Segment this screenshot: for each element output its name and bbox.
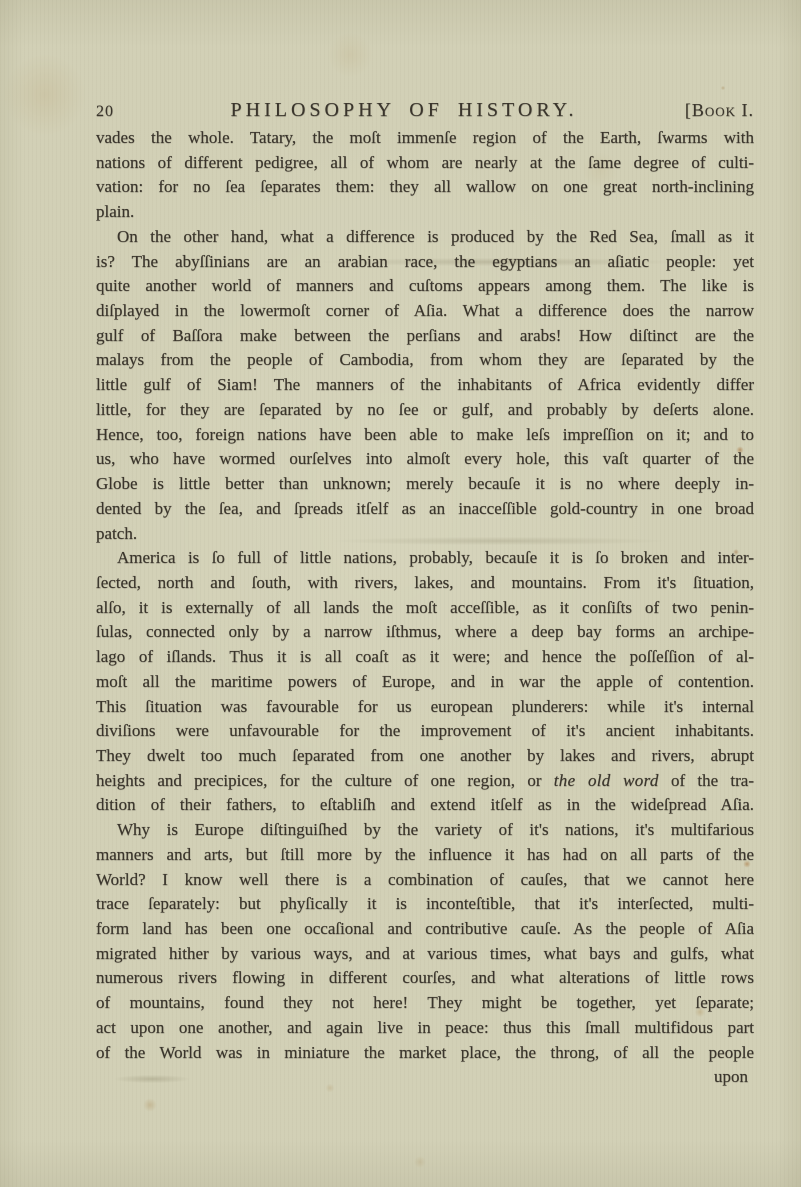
catchword: upon <box>96 1065 754 1090</box>
text-line: little, for they are ſeparated by no ſee… <box>96 398 754 423</box>
text-line: manners and arts, but ſtill more by the … <box>96 843 754 868</box>
text-line: This ſituation was favourable for us eur… <box>96 695 754 720</box>
text-line: vation: for no ſea ſeparates them: they … <box>96 175 754 200</box>
text-line: ſulas, connected only by a narrow iſthmu… <box>96 620 754 645</box>
text-line: diviſions were unfavourable for the impr… <box>96 719 754 744</box>
body-text: vades the whole. Tatary, the moſt immenſ… <box>96 126 754 1090</box>
book-label: [Book I. <box>642 100 754 121</box>
text-line: us, who have wormed ourſelves into almoſ… <box>96 447 754 472</box>
text-line: act upon one another, and again live in … <box>96 1016 754 1041</box>
text-line: alſo, it is externally of all lands the … <box>96 596 754 621</box>
text-line: little gulf of Siam! The manners of the … <box>96 373 754 398</box>
text-line: of mountains, found they not here! They … <box>96 991 754 1016</box>
text-line: nations of different pedigree, all of wh… <box>96 151 754 176</box>
text-line: moſt all the maritime powers of Europe, … <box>96 670 754 695</box>
text-line: lago of iſlands. Thus it is all coaſt as… <box>96 645 754 670</box>
text-line: Why is Europe diſtinguiſhed by the varie… <box>96 818 754 843</box>
text-line: plain. <box>96 200 754 225</box>
text-line: On the other hand, what a difference is … <box>96 225 754 250</box>
text-line: trace ſeparately: but phyſically it is i… <box>96 892 754 917</box>
page-number: 20 <box>96 103 166 121</box>
text-line: Globe is little better than unknown; mer… <box>96 472 754 497</box>
paragraph: On the other hand, what a difference is … <box>96 225 754 546</box>
text-line: is? The abyſſinians are an arabian race,… <box>96 250 754 275</box>
text-line: gulf of Baſſora make between the perſian… <box>96 324 754 349</box>
text-line: malays from the people of Cambodia, from… <box>96 348 754 373</box>
text-line: dented by the ſea, and ſpreads itſelf as… <box>96 497 754 522</box>
paragraph: vades the whole. Tatary, the moſt immenſ… <box>96 126 754 225</box>
book-page: 20 PHILOSOPHY OF HISTORY. [Book I. vades… <box>0 0 801 1187</box>
paragraph: America is ſo full of little nations, pr… <box>96 546 754 818</box>
text-line: migrated hither by various ways, and at … <box>96 942 754 967</box>
running-title: PHILOSOPHY OF HISTORY. <box>166 99 642 122</box>
text-line: They dwelt too much ſeparated from one a… <box>96 744 754 769</box>
text-line: numerous rivers flowing in different cou… <box>96 966 754 991</box>
text-line: of the World was in miniature the market… <box>96 1041 754 1066</box>
text-line: dition of their fathers, to eſtabliſh an… <box>96 793 754 818</box>
text-line: vades the whole. Tatary, the moſt immenſ… <box>96 126 754 151</box>
text-line: diſplayed in the lowermoſt corner of Aſi… <box>96 299 754 324</box>
text-line: World? I know well there is a combinatio… <box>96 868 754 893</box>
paragraph: Why is Europe diſtinguiſhed by the varie… <box>96 818 754 1065</box>
text-line: form land has been one occaſional and co… <box>96 917 754 942</box>
text-line: ſected, north and ſouth, with rivers, la… <box>96 571 754 596</box>
text-line: Hence, too, foreign nations have been ab… <box>96 423 754 448</box>
text-line: America is ſo full of little nations, pr… <box>96 546 754 571</box>
page-header: 20 PHILOSOPHY OF HISTORY. [Book I. <box>96 99 754 125</box>
text-line: quite another world of manners and cuſto… <box>96 274 754 299</box>
text-line: heights and precipices, for the culture … <box>96 769 754 794</box>
text-line: patch. <box>96 522 754 547</box>
